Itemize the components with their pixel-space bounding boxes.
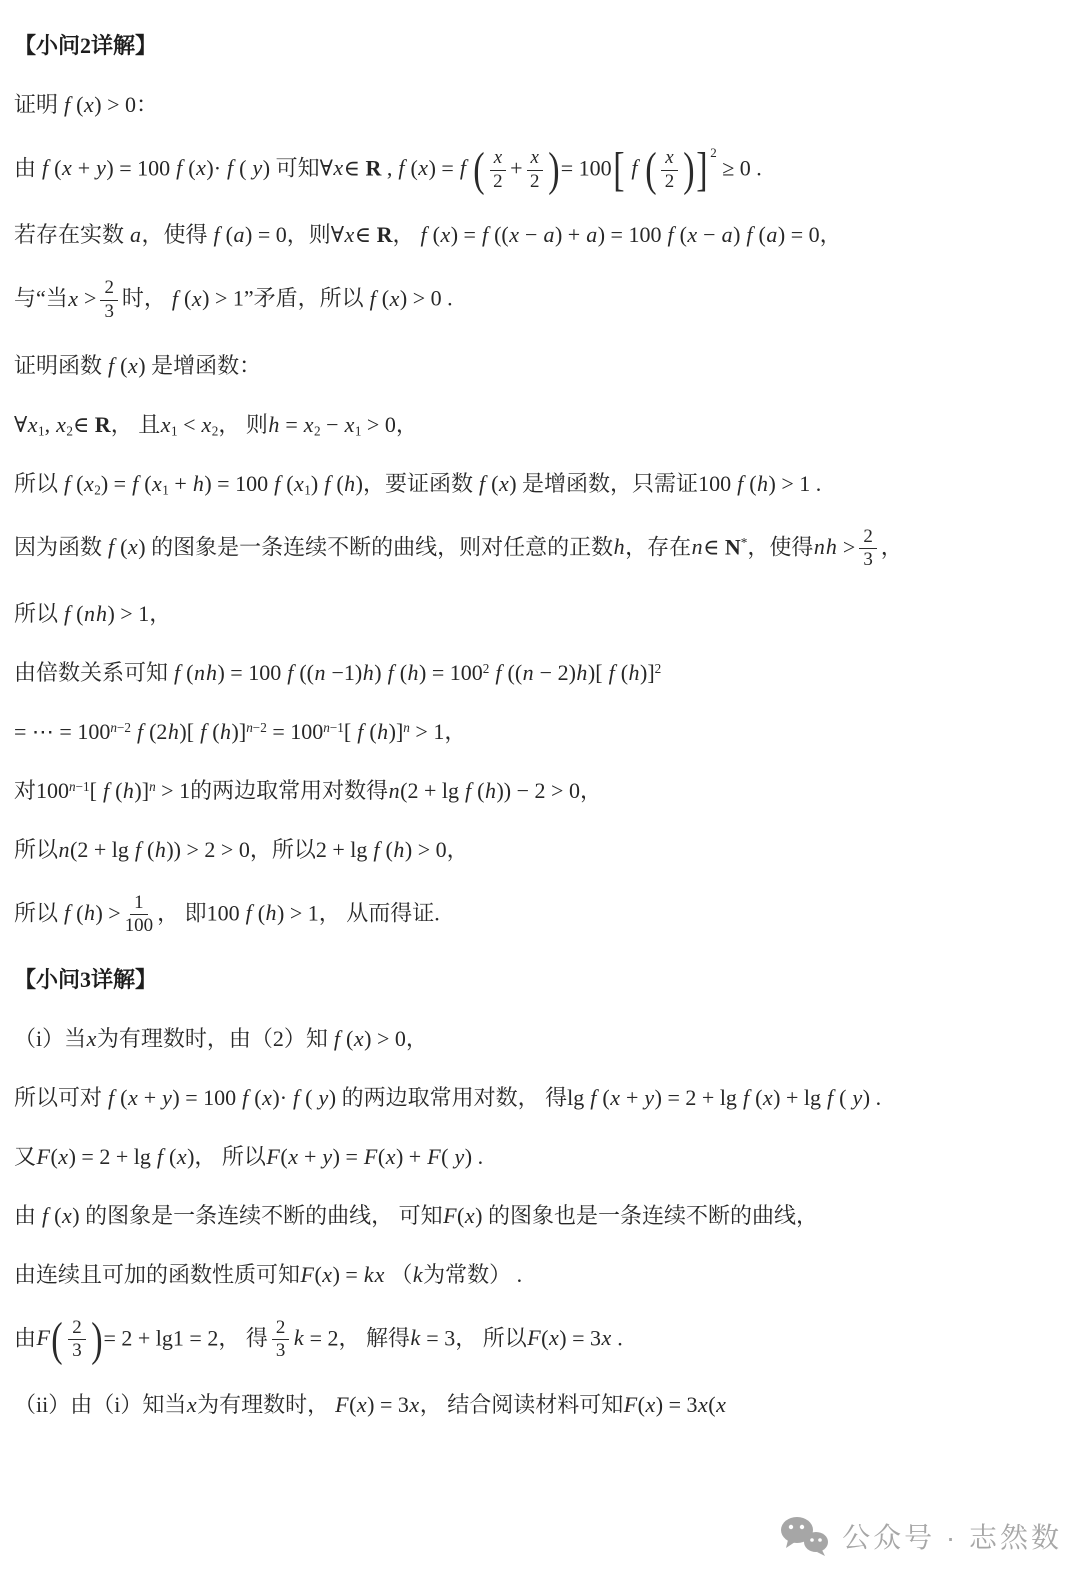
watermark-label: 公众号 · 志然数 — [842, 1516, 1062, 1556]
reduce-to-100fh: 所以 f (x2) = f (x1 + h) = 100 f (x1) f (h… — [14, 468, 1056, 500]
fh-conclusion: 所以 f (h) >1100， 即100 f (h) > 1， 从而得证. — [14, 893, 1056, 938]
eq-square-nonneg: 由 f (x + y) = 100 f (x)· f ( y) 可知∀x∈ R … — [14, 148, 1056, 193]
F-continuous: 由 f (x) 的图象是一条连续不断的曲线， 可知F(x) 的图象也是一条连续不… — [14, 1200, 1056, 1232]
document-page: 【小问2详解】证明 f (x) > 0：由 f (x + y) = 100 f … — [0, 0, 1080, 1583]
induction-chain: = ⋯ = 100n−2 f (2h)[ f (h)]n−2 = 100n−1[… — [14, 716, 1056, 748]
log-inequalities: 所以n(2 + lg f (h)) > 2 > 0，所以2 + lg f (h)… — [14, 834, 1056, 866]
case-ii-start: （ii）由（i）知当x为有理数时， F(x) = 3x， 结合阅读材料可知F(x… — [14, 1389, 1056, 1421]
multiple-relation: 由倍数关系可知 f (nh) = 100 f ((n −1)h) f (h) =… — [14, 657, 1056, 689]
fnh-gt-1: 所以 f (nh) > 1， — [14, 598, 1056, 630]
contradiction-setup: 若存在实数 a，使得 f (a) = 0，则∀x∈ R， f (x) = f (… — [14, 219, 1056, 251]
solve-k: 由F(23)= 2 + lg1 = 2， 得23k = 2， 解得k = 3， … — [14, 1318, 1056, 1363]
wechat-icon — [778, 1515, 830, 1557]
log-both-sides: 所以可对 f (x + y) = 100 f (x)· f ( y) 的两边取常… — [14, 1082, 1056, 1114]
setup-h: ∀x1, x2∈ R， 且x1 < x2， 则h = x2 − x1 > 0， — [14, 409, 1056, 441]
contradiction-conclusion: 与“当x >23时， f (x) > 1”矛盾，所以 f (x) > 0 . — [14, 278, 1056, 323]
take-log: 对100n−1[ f (h)]n > 1的两边取常用对数得n(2 + lg f … — [14, 775, 1056, 807]
case-i-start: （i）当x为有理数时，由（2）知 f (x) > 0， — [14, 1023, 1056, 1055]
watermark: 公众号 · 志然数 — [778, 1515, 1062, 1557]
section-header-q2: 【小问2详解】 — [14, 30, 1056, 62]
solution-text: 【小问2详解】证明 f (x) > 0：由 f (x + y) = 100 f … — [14, 30, 1056, 1421]
claim-increasing: 证明函数 f (x) 是增函数： — [14, 350, 1056, 382]
F-linear: 由连续且可加的函数性质可知F(x) = kx （k为常数） . — [14, 1259, 1056, 1291]
continuity-nh: 因为函数 f (x) 的图象是一条连续不断的曲线，则对任意的正数h，存在n∈ N… — [14, 527, 1056, 572]
section-header-q3: 【小问3详解】 — [14, 964, 1056, 996]
claim-positive: 证明 f (x) > 0： — [14, 89, 1056, 121]
define-F: 又F(x) = 2 + lg f (x)， 所以F(x + y) = F(x) … — [14, 1141, 1056, 1173]
